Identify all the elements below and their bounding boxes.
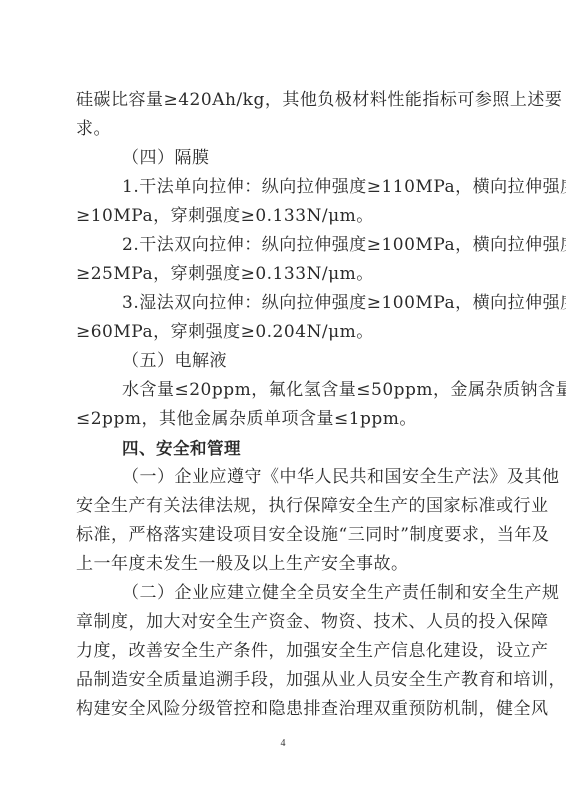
paragraph-line: 构建安全风险分级管控和隐患排查治理双重预防机制，健全风 bbox=[76, 695, 492, 724]
paragraph-line: 章制度，加大对安全生产资金、物资、技术、人员的投入保障 bbox=[76, 608, 492, 637]
paragraph-line: 品制造安全质量追溯手段，加强从业人员安全生产教育和培训， bbox=[76, 666, 492, 695]
paragraph-line: 力度，改善安全生产条件，加强安全生产信息化建设，设立产 bbox=[76, 637, 492, 666]
paragraph-line: 2.干法双向拉伸：纵向拉伸强度≥100MPa，横向拉伸强度 bbox=[76, 231, 492, 260]
paragraph-line: 上一年度未发生一般及以上生产安全事故。 bbox=[76, 550, 492, 579]
document-page: 硅碳比容量≥420Ah/kg，其他负极材料性能指标可参照上述要 求。 （四）隔膜… bbox=[0, 0, 566, 800]
page-number: 4 bbox=[0, 738, 566, 749]
paragraph-line: 1.干法单向拉伸：纵向拉伸强度≥110MPa，横向拉伸强度 bbox=[76, 173, 492, 202]
paragraph-line: （一）企业应遵守《中华人民共和国安全生产法》及其他 bbox=[76, 463, 492, 492]
section-subheading-electrolyte: （五）电解液 bbox=[76, 347, 492, 376]
document-body: 硅碳比容量≥420Ah/kg，其他负极材料性能指标可参照上述要 求。 （四）隔膜… bbox=[76, 86, 492, 724]
paragraph-line: 水含量≤20ppm，氟化氢含量≤50ppm，金属杂质钠含量 bbox=[76, 376, 492, 405]
paragraph-line: 安全生产有关法律法规，执行保障安全生产的国家标准或行业 bbox=[76, 492, 492, 521]
paragraph-line: 标准，严格落实建设项目安全设施“三同时”制度要求，当年及 bbox=[76, 521, 492, 550]
paragraph-line: ≥25MPa，穿刺强度≥0.133N/μm。 bbox=[76, 260, 492, 289]
paragraph-line: ≤2ppm，其他金属杂质单项含量≤1ppm。 bbox=[76, 405, 492, 434]
paragraph-line: （二）企业应建立健全全员安全生产责任制和安全生产规 bbox=[76, 579, 492, 608]
paragraph-line: 硅碳比容量≥420Ah/kg，其他负极材料性能指标可参照上述要 bbox=[76, 86, 492, 115]
paragraph-line: 3.湿法双向拉伸：纵向拉伸强度≥100MPa，横向拉伸强度 bbox=[76, 289, 492, 318]
paragraph-line: 求。 bbox=[76, 115, 492, 144]
section-subheading-separator: （四）隔膜 bbox=[76, 144, 492, 173]
paragraph-line: ≥60MPa，穿刺强度≥0.204N/μm。 bbox=[76, 318, 492, 347]
section-heading-safety: 四、安全和管理 bbox=[76, 434, 492, 463]
paragraph-line: ≥10MPa，穿刺强度≥0.133N/μm。 bbox=[76, 202, 492, 231]
